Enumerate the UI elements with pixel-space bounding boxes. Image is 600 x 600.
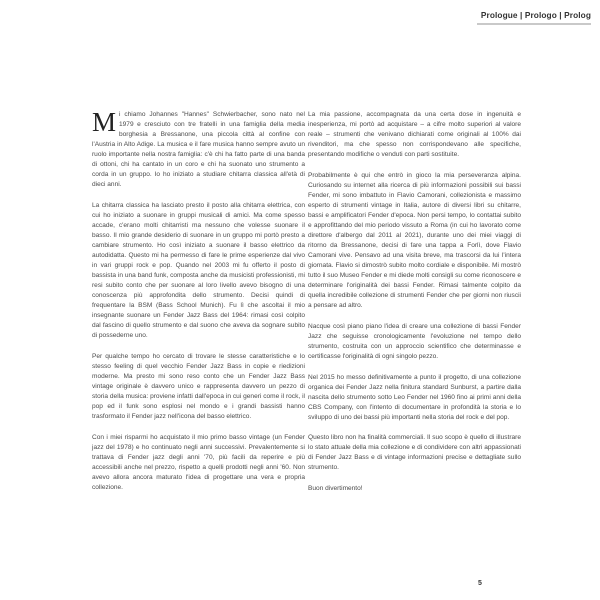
paragraph: Buon divertimento! xyxy=(308,484,521,494)
paragraph: Probabilmente è qui che entrò in gioco l… xyxy=(308,171,521,312)
paragraph: Nacque così piano piano l'idea di creare… xyxy=(308,322,521,362)
paragraph: Per qualche tempo ho cercato di trovare … xyxy=(92,352,305,422)
section-title: Prologue | Prologo | Prolog xyxy=(477,10,591,25)
paragraph-text: i chiamo Johannes "Hannes" Schwierbacher… xyxy=(92,111,305,188)
paragraph: Nel 2015 ho messo definitivamente a punt… xyxy=(308,373,521,423)
paragraph: Questo libro non ha finalità commerciali… xyxy=(308,433,521,473)
paragraph: La mia passione, accompagnata da una cer… xyxy=(308,110,521,160)
paragraph: Mi chiamo Johannes "Hannes" Schwierbache… xyxy=(92,110,305,190)
right-text-column: La mia passione, accompagnata da una cer… xyxy=(308,110,521,505)
running-header: Prologue | Prologo | Prolog xyxy=(477,10,591,25)
paragraph: Con i miei risparmi ho acquistato il mio… xyxy=(92,433,305,493)
drop-cap: M xyxy=(92,112,116,132)
left-text-column: Mi chiamo Johannes "Hannes" Schwierbache… xyxy=(92,110,305,504)
paragraph: La chitarra classica ha lasciato presto … xyxy=(92,201,305,342)
page-number: 5 xyxy=(478,580,482,587)
